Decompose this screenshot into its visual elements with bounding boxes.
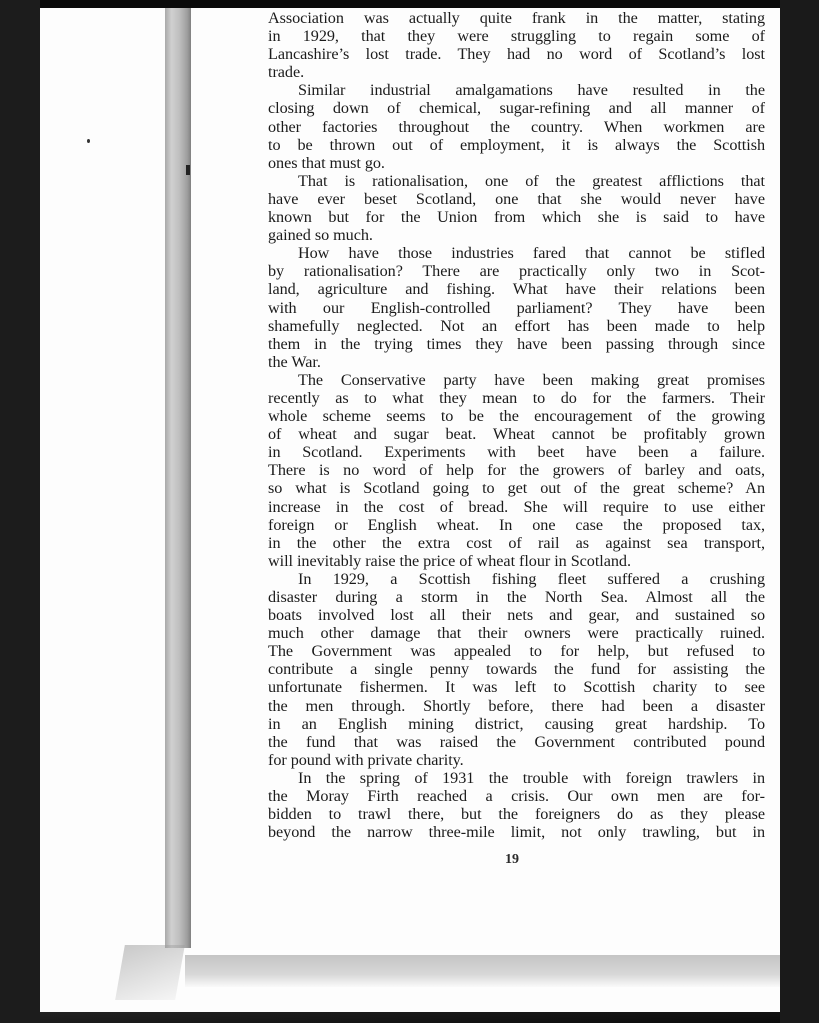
text-line: Association was actually quite frank in … — [268, 9, 765, 27]
text-line: Similar industrial amalgamations have re… — [268, 81, 765, 99]
text-line: the Moray Firth reached a crisis. Our ow… — [268, 787, 765, 805]
text-line: shamefully neglected. Not an effort has … — [268, 317, 765, 335]
scan-top-border — [0, 0, 819, 8]
spine-mark — [186, 165, 190, 175]
text-line: increase in the cost of bread. She will … — [268, 498, 765, 516]
text-line: other factories throughout the country. … — [268, 118, 765, 136]
text-line: with our English-controlled parliament? … — [268, 299, 765, 317]
text-line: to be thrown out of employment, it is al… — [268, 136, 765, 154]
spine-shadow — [115, 945, 185, 1000]
text-line: gained so much. — [268, 226, 765, 244]
text-line: beyond the narrow three-mile limit, not … — [268, 823, 765, 841]
text-line: in the other the extra cost of rail as a… — [268, 534, 765, 552]
book-spine-gutter — [165, 8, 191, 948]
text-line: the men through. Shortly before, there h… — [268, 697, 765, 715]
text-line: recently as to what they mean to do for … — [268, 389, 765, 407]
text-line: the War. — [268, 353, 765, 371]
text-line: of wheat and sugar beat. Wheat cannot be… — [268, 425, 765, 443]
text-line: contribute a single penny towards the fu… — [268, 660, 765, 678]
text-line: That is rationalisation, one of the grea… — [268, 172, 765, 190]
text-line: boats involved lost all their nets and g… — [268, 606, 765, 624]
paragraph: In the spring of 1931 the trouble with f… — [268, 769, 765, 841]
text-line: foreign or English wheat. In one case th… — [268, 516, 765, 534]
text-line: closing down of chemical, sugar-refining… — [268, 99, 765, 117]
text-line: In the spring of 1931 the trouble with f… — [268, 769, 765, 787]
body-text: Association was actually quite frank in … — [268, 9, 765, 841]
paragraph: The Conservative party have been making … — [268, 371, 765, 570]
text-line: In 1929, a Scottish fishing fleet suffer… — [268, 570, 765, 588]
text-line: known but for the Union from which she i… — [268, 208, 765, 226]
paragraph: That is rationalisation, one of the grea… — [268, 172, 765, 244]
text-line: will inevitably raise the price of wheat… — [268, 552, 765, 570]
text-line: trade. — [268, 63, 765, 81]
text-line: much other damage that their owners were… — [268, 624, 765, 642]
text-line: land, agriculture and fishing. What have… — [268, 280, 765, 298]
text-line: disaster during a storm in the North Sea… — [268, 588, 765, 606]
text-line: so what is Scotland going to get out of … — [268, 479, 765, 497]
text-line: bidden to trawl there, but the foreigner… — [268, 805, 765, 823]
text-line: in an English mining district, causing g… — [268, 715, 765, 733]
scan-left-border — [0, 0, 40, 1023]
text-line: them in the trying times they have been … — [268, 335, 765, 353]
paragraph: How have those industries fared that can… — [268, 244, 765, 371]
text-line: have ever beset Scotland, one that she w… — [268, 190, 765, 208]
text-line: for pound with private charity. — [268, 751, 765, 769]
paragraph: Association was actually quite frank in … — [268, 9, 765, 81]
text-line: The Government was appealed to for help,… — [268, 642, 765, 660]
text-line: the fund that was raised the Government … — [268, 733, 765, 751]
text-line: ones that must go. — [268, 154, 765, 172]
scan-right-border — [780, 0, 819, 1023]
text-line: The Conservative party have been making … — [268, 371, 765, 389]
text-line: by rationalisation? There are practicall… — [268, 262, 765, 280]
text-line: unfortunate fishermen. It was left to Sc… — [268, 678, 765, 696]
text-line: There is no word of help for the growers… — [268, 461, 765, 479]
text-line: Lancashire’s lost trade. They had no wor… — [268, 45, 765, 63]
text-line: How have those industries fared that can… — [268, 244, 765, 262]
text-line: in 1929, that they were struggling to re… — [268, 27, 765, 45]
text-line: in Scotland. Experiments with beet have … — [268, 443, 765, 461]
page-number: 19 — [505, 852, 519, 868]
text-line: whole scheme seems to be the encourageme… — [268, 407, 765, 425]
paragraph: Similar industrial amalgamations have re… — [268, 81, 765, 171]
page-bottom-shadow — [185, 955, 780, 987]
scan-bottom-border — [40, 1012, 780, 1023]
margin-speck — [87, 139, 90, 143]
paragraph: In 1929, a Scottish fishing fleet suffer… — [268, 570, 765, 769]
